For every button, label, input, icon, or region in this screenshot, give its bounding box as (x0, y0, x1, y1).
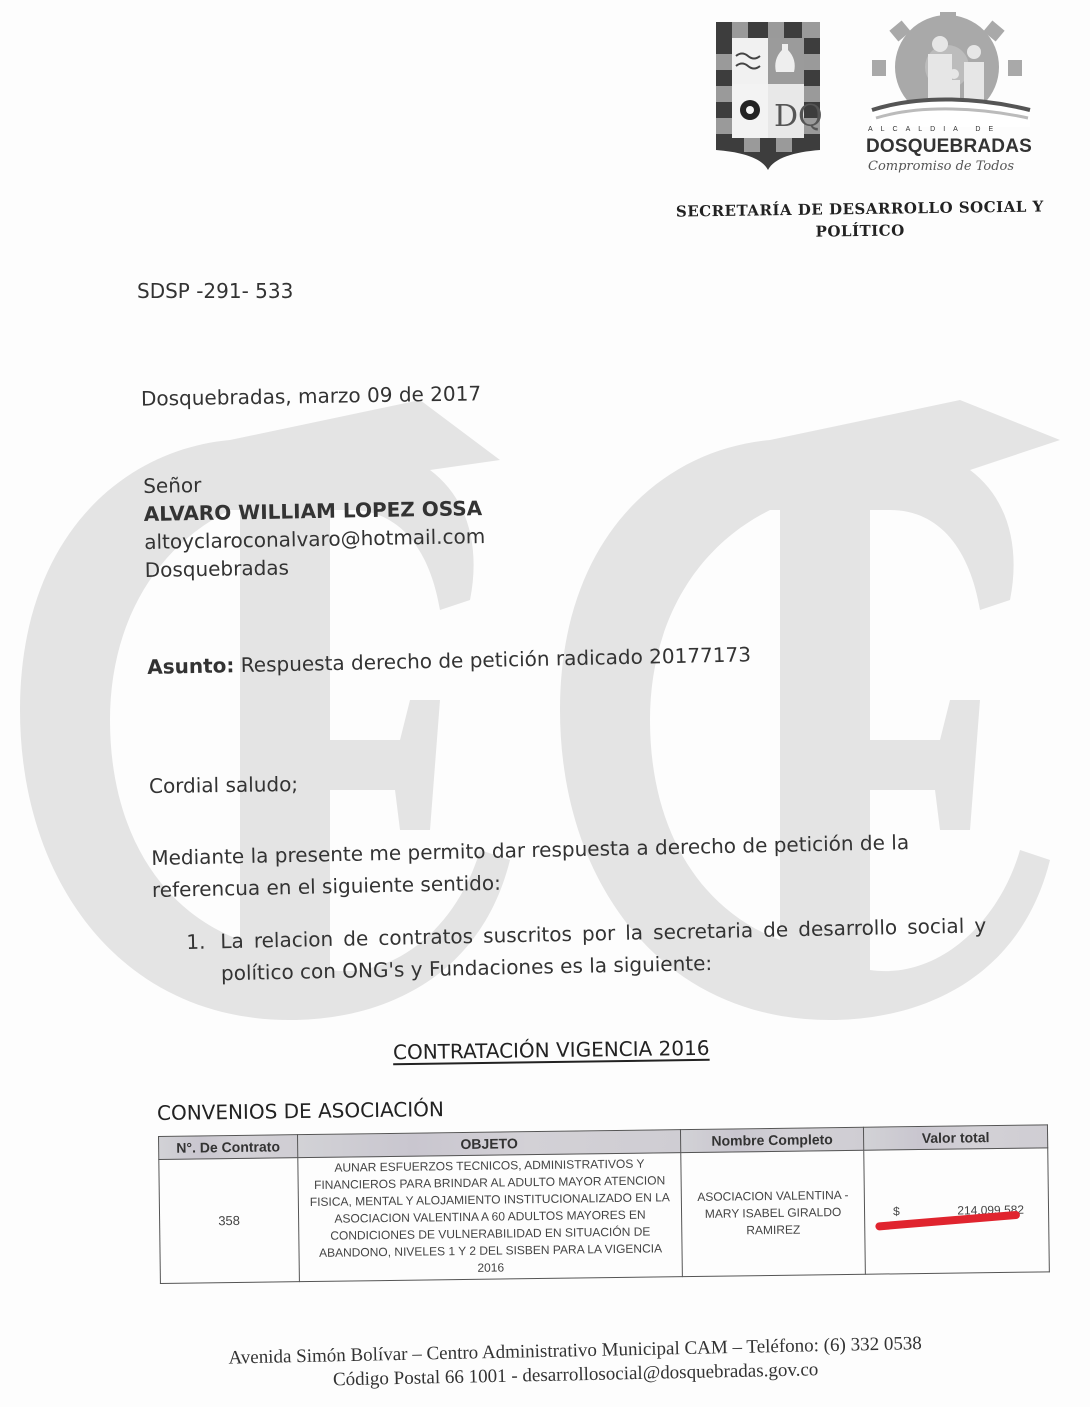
subject-label: Asunto: (147, 653, 235, 679)
cell-nombre: ASOCIACION VALENTINA - MARY ISABEL GIRAL… (681, 1150, 866, 1276)
header-valor: Valor total (863, 1125, 1047, 1150)
contracts-table-wrapper: N°. De Contrato OBJETO Nombre Completo V… (158, 1124, 1050, 1284)
table-row: 358 AUNAR ESFUERZOS TECNICOS, ADMINISTRA… (159, 1148, 1050, 1284)
header-nombre: Nombre Completo (680, 1127, 863, 1152)
secretaria-heading: SECRETARÍA DE DESARROLLO SOCIAL Y POLÍTI… (640, 195, 1081, 245)
alcaldia-logo: ALCALDIA DE DOSQUEBRADAS Compromiso de T… (862, 12, 1032, 172)
recipient-block: Señor ALVARO WILLIAM LOPEZ OSSA altoycla… (143, 466, 486, 584)
cell-valor: $ 214.099.582 (864, 1148, 1050, 1274)
recipient-email: altoyclaroconalvaro@hotmail.com (144, 522, 486, 556)
recipient-city: Dosquebradas (144, 550, 486, 584)
cell-objeto: AUNAR ESFUERZOS TECNICOS, ADMINISTRATIVO… (298, 1153, 683, 1282)
subject-line: Asunto: Respuesta derecho de petición ra… (147, 642, 751, 679)
list-item-text: La relacion de contratos suscritos por l… (220, 909, 987, 989)
cell-contract-number: 358 (159, 1158, 300, 1284)
footer-address: Avenida Simón Bolívar – Centro Administr… (160, 1331, 991, 1396)
alcaldia-name: DOSQUEBRADAS (866, 136, 1032, 158)
subject-text: Respuesta derecho de petición radicado 2… (234, 642, 751, 677)
numbered-list-item: 1. La relacion de contratos suscritos po… (186, 909, 987, 990)
section-title: CONTRATACIÓN VIGENCIA 2016 (393, 1036, 710, 1064)
subsection-title: CONVENIOS DE ASOCIACIÓN (157, 1097, 444, 1125)
gear-family-icon (862, 12, 1032, 127)
radicado-number: SDSP -291- 533 (137, 279, 293, 303)
greeting: Cordial saludo; (149, 772, 298, 798)
letter-date: Dosquebradas, marzo 09 de 2017 (141, 381, 481, 410)
body-paragraph: Mediante la presente me permito dar resp… (151, 825, 982, 906)
alcaldia-small-label: ALCALDIA DE (868, 126, 1001, 133)
contracts-table: N°. De Contrato OBJETO Nombre Completo V… (158, 1124, 1050, 1284)
alcaldia-slogan: Compromiso de Todos (868, 159, 1014, 174)
currency-symbol: $ (893, 1203, 900, 1220)
shield-logo-icon: DQ (714, 20, 822, 172)
svg-text:DQ: DQ (774, 99, 822, 134)
list-item-number: 1. (186, 926, 206, 958)
header-contract-number: N°. De Contrato (159, 1135, 298, 1160)
